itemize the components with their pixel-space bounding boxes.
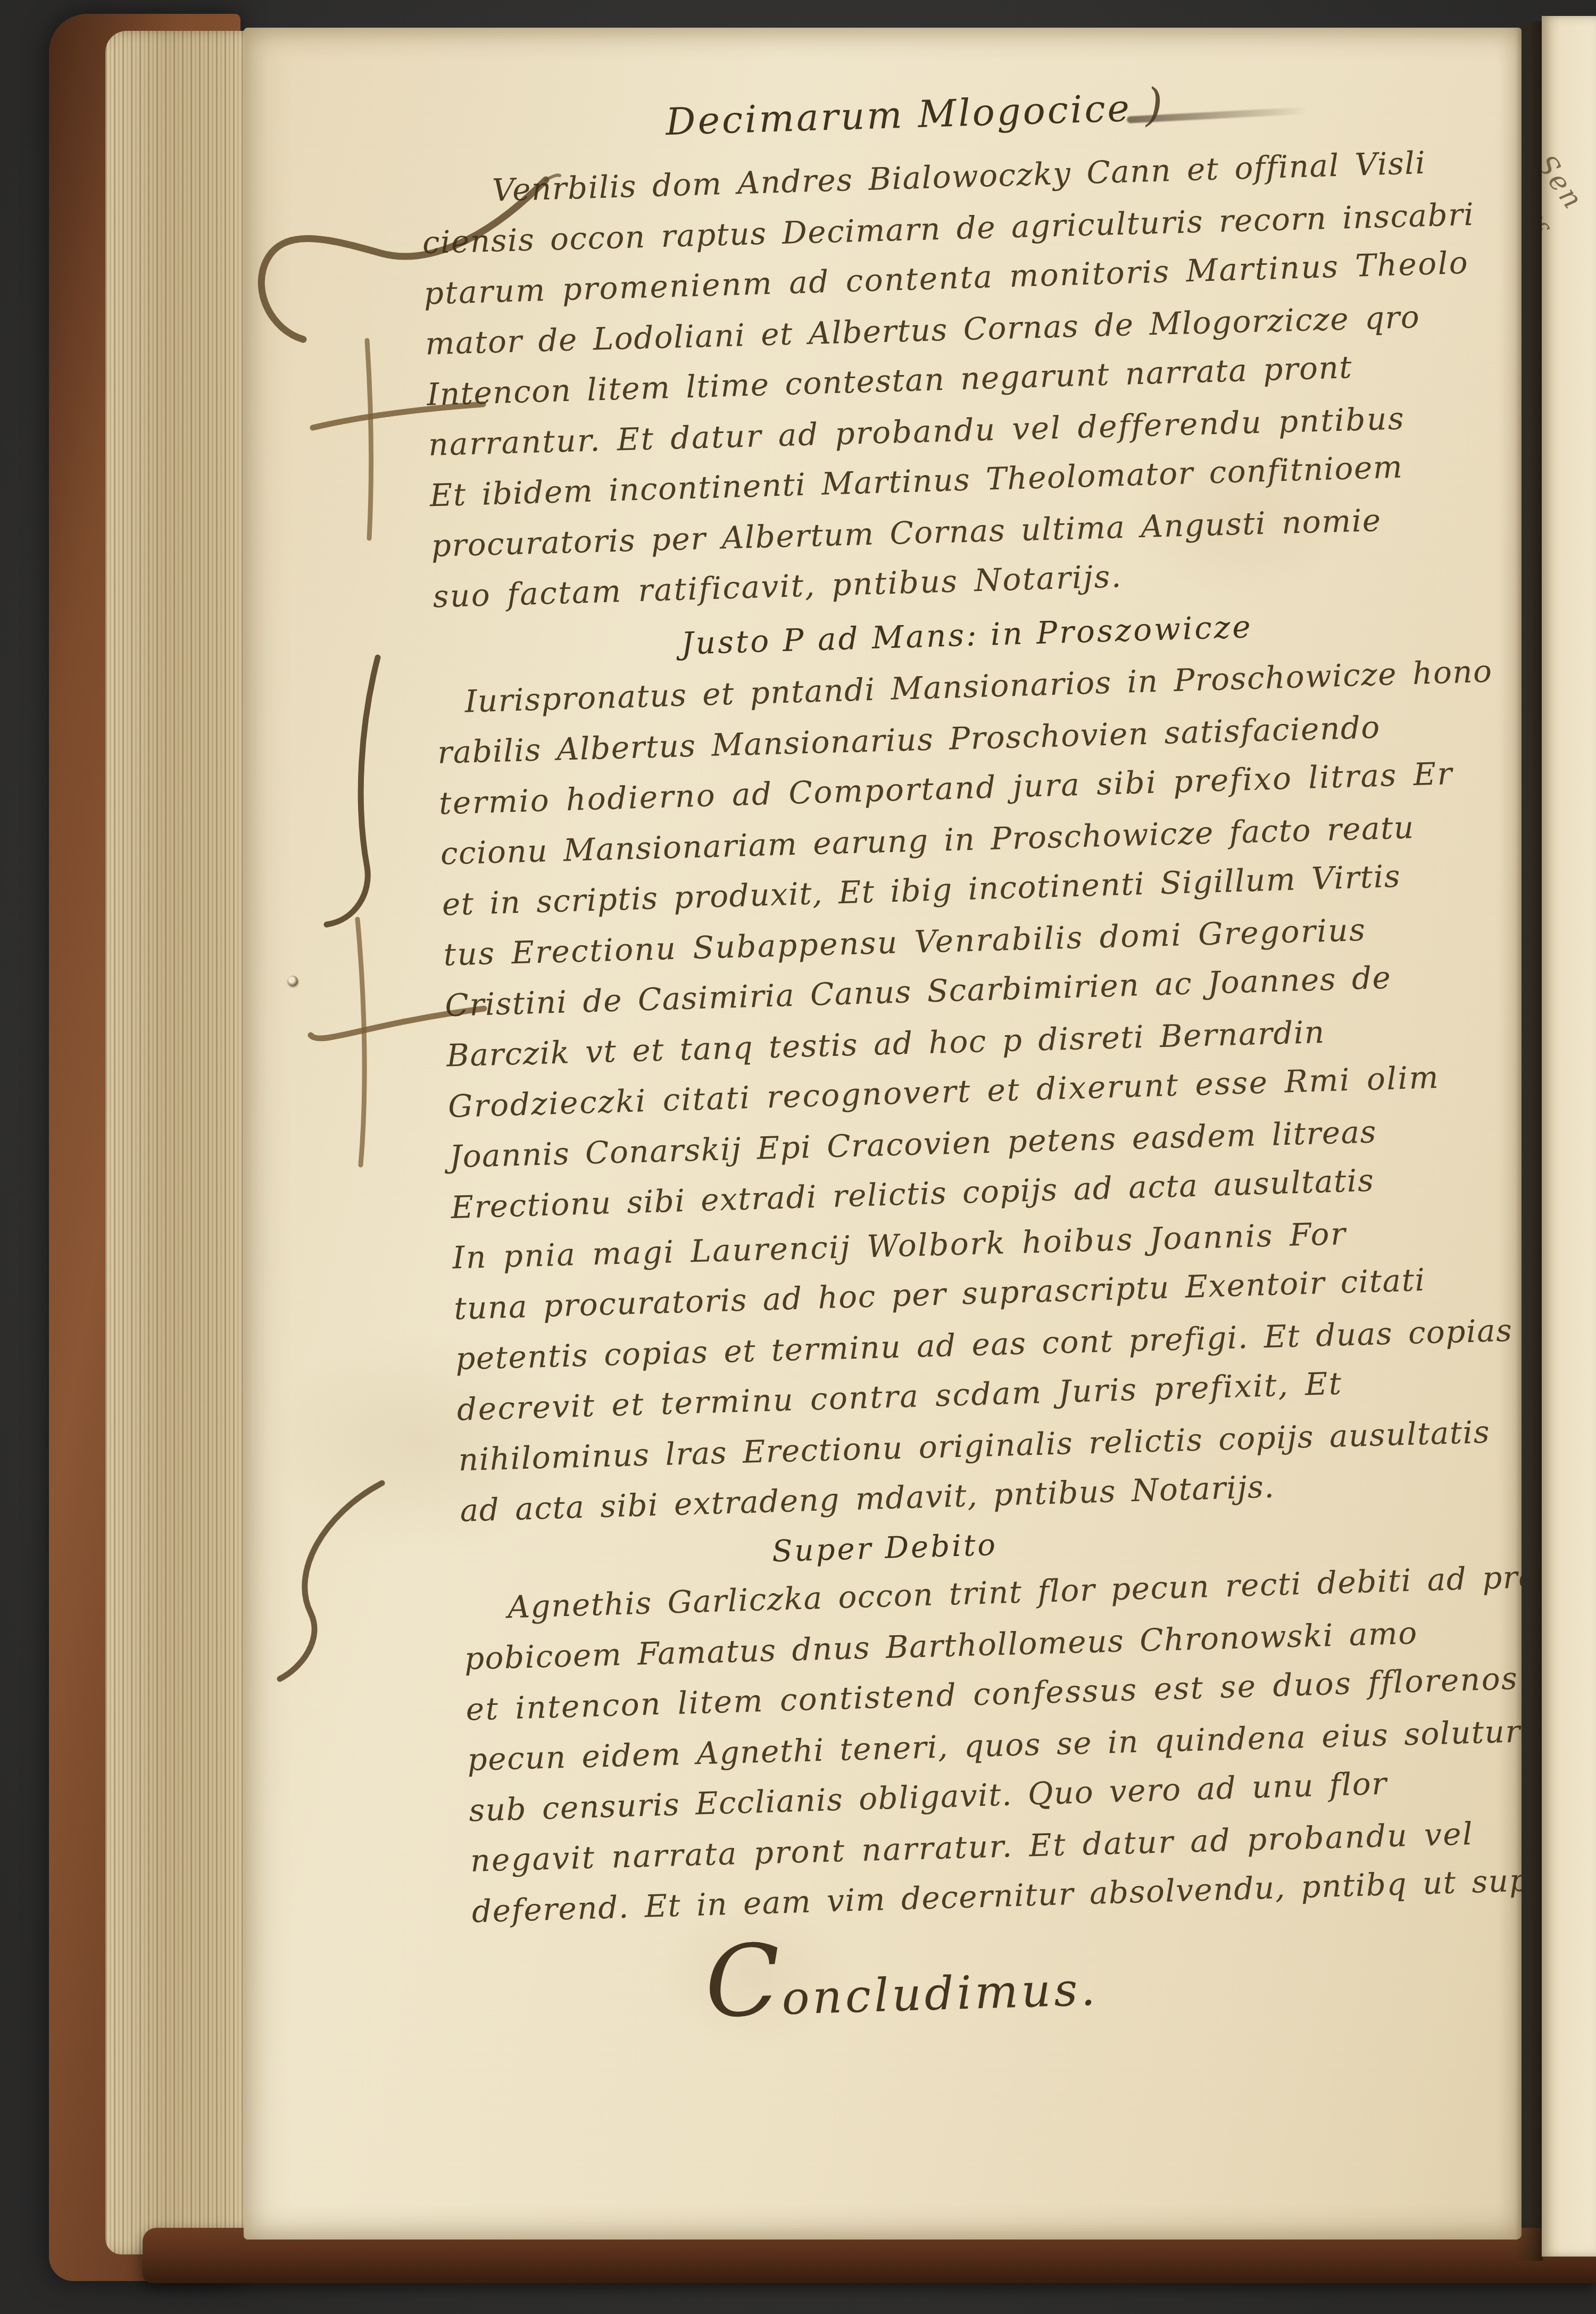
- entry-heading-text: Super Debito: [771, 1528, 998, 1569]
- entry-paragraph-decimarum: Venrbilis dom Andres Bialowoczky Cann et…: [401, 136, 1499, 622]
- page-gutter-shadow: [1515, 21, 1543, 2261]
- manuscript-page: Decimarum Mlogocice ) Venrbilis dom Andr…: [244, 28, 1522, 2240]
- wormhole: [287, 976, 298, 986]
- entry-paragraph-super-debito: Agnethis Garliczka occon trint flor pecu…: [443, 1552, 1522, 1937]
- adjacent-page-sliver: Sen Diff: [1542, 16, 1596, 2257]
- photo-background: { "photo": { "subject": "bound manuscrip…: [0, 0, 1596, 2314]
- adjacent-page-marginal-note: Sen Diff: [1542, 149, 1596, 297]
- heading-paraph-flourish: ): [1144, 78, 1163, 131]
- initial-flourish-a: [276, 1477, 393, 1689]
- entry-heading-decimarum: Decimarum Mlogocice ): [665, 69, 1485, 145]
- entry-paragraph-proszowicze: Iurispronatus et pntandi Mansionarios in…: [416, 646, 1522, 1537]
- handwritten-text-block: Decimarum Mlogocice ) Venrbilis dom Andr…: [399, 69, 1522, 2035]
- entry-heading-text: Justo P ad Mans: in Proszowicze: [680, 609, 1253, 662]
- closing-word: Concludimus.: [704, 1924, 1522, 2028]
- initial-flourish-i: [318, 654, 393, 931]
- stacked-page-edges: [105, 31, 260, 2254]
- entry-heading-text: Decimarum Mlogocice: [665, 86, 1132, 144]
